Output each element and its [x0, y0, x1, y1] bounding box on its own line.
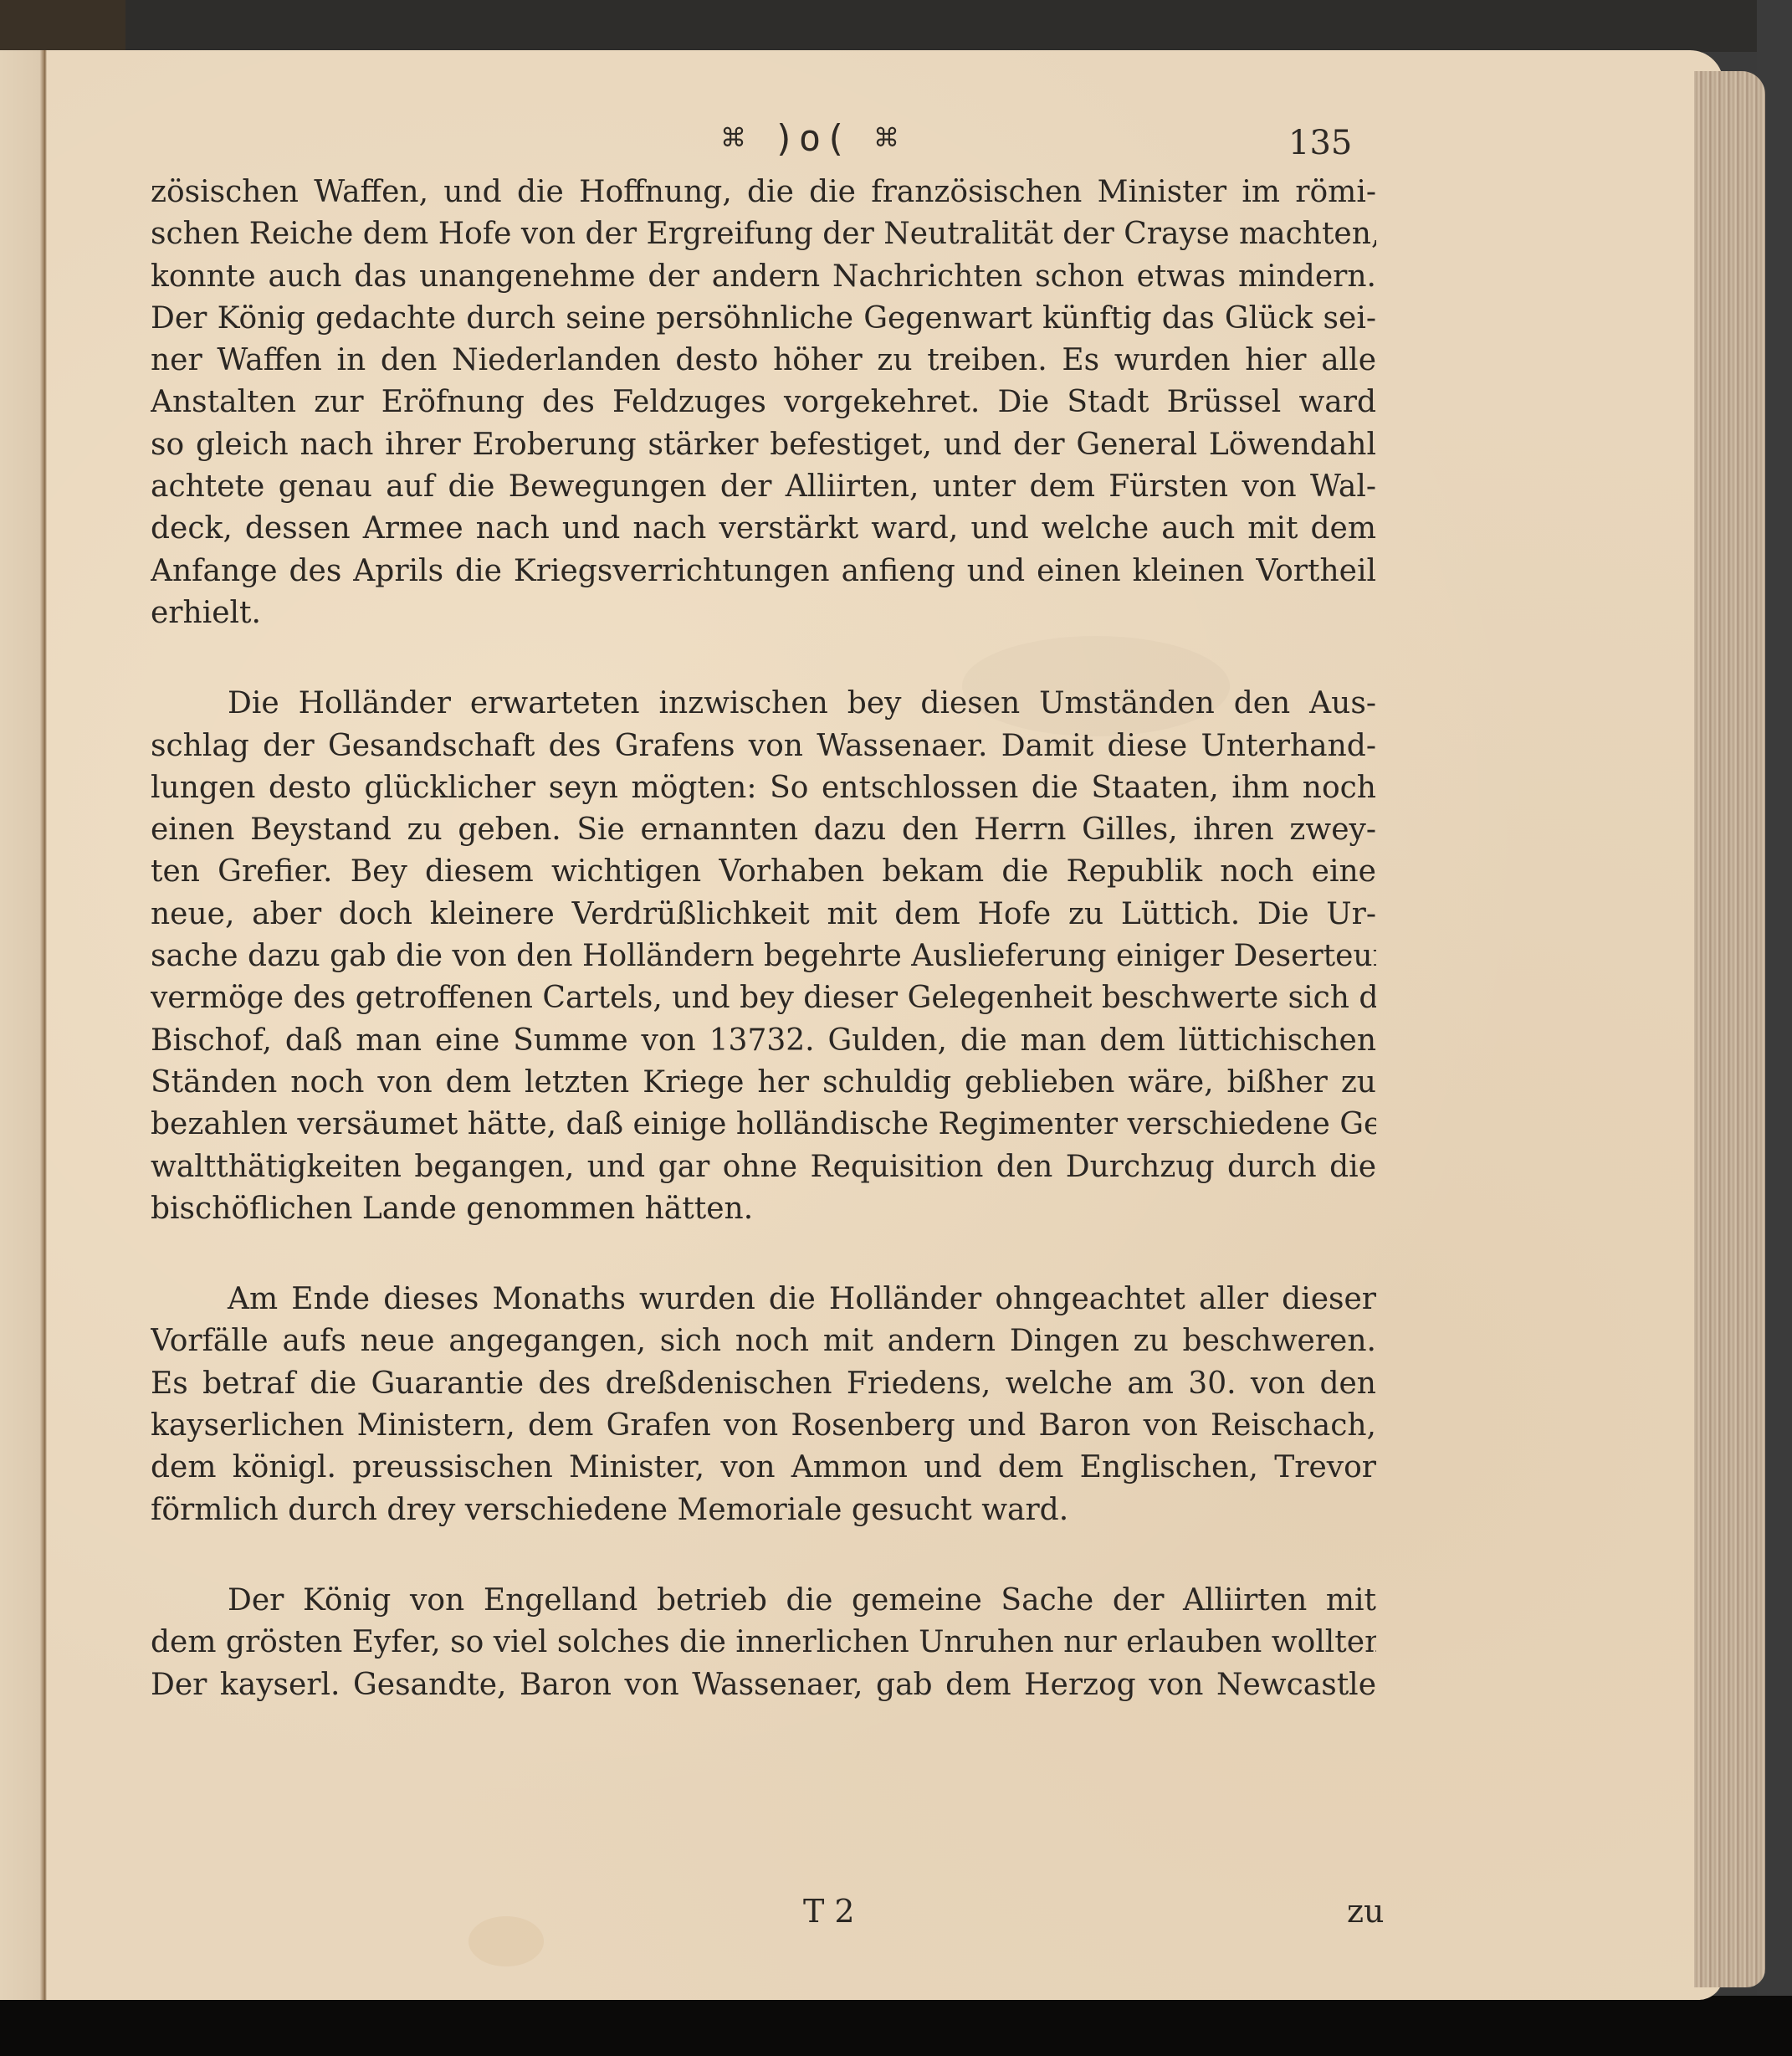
text-line: deck, dessen Armee nach und nach verstär…	[151, 508, 1376, 550]
body-text: zösischen Waffen, und die Hoffnung, die …	[151, 172, 1376, 1706]
page-fore-edge	[1694, 71, 1765, 1987]
text-line: ten Grefier. Bey diesem wichtigen Vorhab…	[151, 851, 1376, 893]
text-line: bischöflichen Lande genommen hätten.	[151, 1188, 1376, 1230]
text-line: waltthätigkeiten begangen, und gar ohne …	[151, 1146, 1376, 1188]
text-line: Es betraf die Guarantie des dreßdenische…	[151, 1363, 1376, 1405]
paragraph-1: zösischen Waffen, und die Hoffnung, die …	[151, 172, 1376, 634]
text-line: dem königl. preussischen Minister, von A…	[151, 1447, 1376, 1489]
paper-stain	[468, 1916, 544, 1966]
text-line: konnte auch das unangenehme der andern N…	[151, 256, 1376, 298]
text-line: lungen desto glücklicher seyn mögten: So…	[151, 767, 1376, 809]
paragraph-gap	[151, 634, 1376, 683]
text-line: zösischen Waffen, und die Hoffnung, die …	[151, 172, 1376, 213]
text-line: ner Waffen in den Niederlanden desto höh…	[151, 340, 1376, 382]
scan-background-top	[0, 0, 1792, 52]
text-line: so gleich nach ihrer Eroberung stärker b…	[151, 424, 1376, 466]
text-line: neue, aber doch kleinere Verdrüßlichkeit…	[151, 894, 1376, 936]
text-line: vermöge des getroffenen Cartels, und bey…	[151, 977, 1376, 1019]
running-head: ⌘ )o( ⌘	[636, 117, 987, 167]
text-line: Am Ende dieses Monaths wurden die Hollän…	[151, 1279, 1376, 1320]
text-line: Bischof, daß man eine Summe von 13732. G…	[151, 1020, 1376, 1062]
scan-background-top-left	[0, 0, 125, 52]
paragraph-2: Die Holländer erwarteten inzwischen bey …	[151, 683, 1376, 1230]
text-line: Die Holländer erwarteten inzwischen bey …	[151, 683, 1376, 725]
catchword: zu	[1347, 1893, 1385, 1930]
text-line: Anfange des Aprils die Kriegsverrichtung…	[151, 551, 1376, 592]
text-line: schen Reiche dem Hofe von der Ergreifung…	[151, 213, 1376, 255]
text-line: dem grösten Eyfer, so viel solches die i…	[151, 1622, 1376, 1664]
text-line: Ständen noch von dem letzten Kriege her …	[151, 1062, 1376, 1104]
paragraph-gap	[151, 1230, 1376, 1279]
text-line: Anstalten zur Eröfnung des Feldzuges vor…	[151, 382, 1376, 423]
text-line: erhielt.	[151, 592, 1376, 634]
text-line: achtete genau auf die Bewegungen der All…	[151, 466, 1376, 508]
paragraph-gap	[151, 1531, 1376, 1580]
text-line: einen Beystand zu geben. Sie ernannten d…	[151, 809, 1376, 851]
text-line: schlag der Gesandschaft des Grafens von …	[151, 725, 1376, 767]
book-gutter	[0, 50, 47, 2000]
text-line: Der kayserl. Gesandte, Baron von Wassena…	[151, 1664, 1376, 1706]
page-number: 135	[1288, 124, 1352, 162]
paragraph-4: Der König von Engelland betrieb die geme…	[151, 1580, 1376, 1706]
paragraph-3: Am Ende dieses Monaths wurden die Hollän…	[151, 1279, 1376, 1531]
scan-background-bottom	[0, 1996, 1792, 2056]
text-line: förmlich durch drey verschiedene Memoria…	[151, 1489, 1376, 1531]
text-line: Der König gedachte durch seine persöhnli…	[151, 298, 1376, 340]
signature-mark: T 2	[803, 1893, 855, 1930]
text-line: Vorfälle aufs neue angegangen, sich noch…	[151, 1320, 1376, 1362]
text-line: Der König von Engelland betrieb die geme…	[151, 1580, 1376, 1622]
text-line: bezahlen versäumet hätte, daß einige hol…	[151, 1104, 1376, 1146]
text-line: kayserlichen Ministern, dem Grafen von R…	[151, 1405, 1376, 1447]
text-line: sache dazu gab die von den Holländern be…	[151, 936, 1376, 977]
